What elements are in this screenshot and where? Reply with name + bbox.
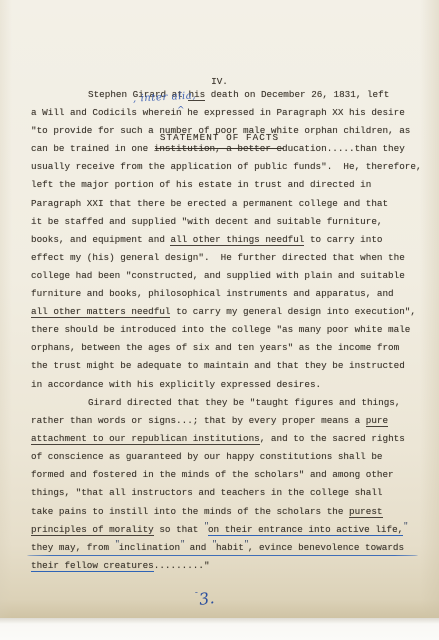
typed-line: their fellow creatures........." [31,557,428,575]
paragraph: Girard directed that they be "taught fig… [31,394,428,575]
typed-underlined-phrase: pure [366,415,388,427]
typed-text: Girard directed that they be "taught fig… [88,397,400,408]
typed-line: in accordance with his explicitly expres… [31,376,428,394]
typed-underlined-phrase: principles of morality [31,524,154,536]
typed-text: there should be introduced into the coll… [31,324,410,335]
typed-text: and [184,542,212,553]
typed-text: to carry my general design into executio… [170,306,415,317]
typed-text: a Will and Codicils wherein he expressed… [31,107,405,118]
typed-line: take pains to instill into the minds of … [31,503,428,521]
typed-text: inclination [119,542,180,553]
typed-text: so that [154,524,204,535]
pen-underlined-phrase: on their entrance into active life, [208,524,403,537]
typed-text: death on December 26, 1831, left [205,89,389,100]
typed-line: orphans, between the ages of six and ten… [31,339,428,357]
typed-text: they may, from [31,542,115,553]
typed-line: Stephen Girard at his death on December … [31,86,428,104]
typed-text: effect my (his) general design". He furt… [31,252,405,263]
typed-text: Paragraph XXI that there be erected a pe… [31,198,388,209]
typed-line: college had been "constructed, and suppl… [31,267,428,285]
scanned-document-page: IV. STATEMENT OF FACTS Stephen Girard at… [0,0,439,640]
typed-line: formed and fostered in the minds of the … [31,466,428,484]
typed-underlined-phrase: attachment to our republican institution… [31,433,260,445]
insertion-caret-icon: ^ [177,107,185,116]
typed-line: attachment to our republican institution… [31,430,428,448]
pen-quote-mark: " [244,535,249,553]
typed-text: books, and equipment and [31,234,170,245]
typed-line: furniture and books, philosophical instr… [31,285,428,303]
typed-text: , evince benevolence towards [248,542,404,553]
typed-text: of conscience as guaranteed by our happy… [31,451,382,462]
pen-quote-mark: " [115,535,120,553]
typed-text: usually receive from the application of … [31,161,422,172]
pen-quote-mark: " [403,517,408,535]
typed-line: principles of morality so that "on their… [31,521,428,539]
pen-quote-mark: " [212,535,217,553]
typed-line: a Will and Codicils wherein he expressed… [31,104,428,122]
typed-underlined-phrase: all other things needful [170,234,304,246]
typed-text: in accordance with his explicitly expres… [31,379,321,390]
typed-text: left the major portion of his estate in … [31,179,371,190]
typed-line: left the major portion of his estate in … [31,176,428,194]
typed-line: rather than words or signs...; that by e… [31,412,428,430]
typed-line: there should be introduced into the coll… [31,321,428,339]
typed-line: Paragraph XXI that there be erected a pe… [31,195,428,213]
typed-text: can be trained in one institution, a bet… [31,143,405,154]
typed-text: things, "that all instructors and teache… [31,487,382,498]
typed-text: , and to the sacred rights [260,433,405,444]
typed-line-pen-underlined: they may, from "inclination" and "habit"… [31,539,428,557]
typed-line: usually receive from the application of … [31,158,428,176]
typed-underlined-phrase: purest [349,506,382,518]
typed-underlined-phrase: all other matters needful [31,306,170,318]
handwritten-page-number: -3. [0,588,409,613]
pen-underlined-phrase: their fellow creatures [31,560,154,573]
typed-text: rather than words or signs...; that by e… [31,415,366,426]
pen-quote-mark: " [180,535,185,553]
typed-text: the trust might be adequate to maintain … [31,360,405,371]
typed-line: it be staffed and supplied "with decent … [31,213,428,231]
typed-text: to carry into [304,234,382,245]
typed-line: things, "that all instructors and teache… [31,484,428,502]
paragraph: Stephen Girard at his death on December … [31,86,428,394]
typed-line: effect my (his) general design". He furt… [31,249,428,267]
typed-text: habit [216,542,244,553]
typed-line: all other matters needful to carry my ge… [31,303,428,321]
typed-text: furniture and books, philosophical instr… [31,288,394,299]
typed-text: college had been "constructed, and suppl… [31,270,405,281]
typed-text: take pains to instill into the minds of … [31,506,349,517]
paper-bottom-edge [0,618,439,640]
typed-line: books, and equipment and all other thing… [31,231,428,249]
typed-line: the trust might be adequate to maintain … [31,357,428,375]
typed-text: it be staffed and supplied "with decent … [31,216,382,227]
typed-text: orphans, between the ages of six and ten… [31,342,399,353]
typed-text: formed and fostered in the minds of the … [31,469,394,480]
typed-line: Girard directed that they be "taught fig… [31,394,428,412]
typed-text: ........." [154,560,210,571]
typed-line: "to provide for such a number of poor ma… [31,122,428,140]
typed-text: "to provide for such a number of poor ma… [31,125,410,136]
page-number-text: 3. [197,587,215,611]
typed-line: can be trained in one institution, a bet… [31,140,428,158]
pen-quote-mark: " [204,517,209,535]
typed-line: of conscience as guaranteed by our happy… [31,448,428,466]
